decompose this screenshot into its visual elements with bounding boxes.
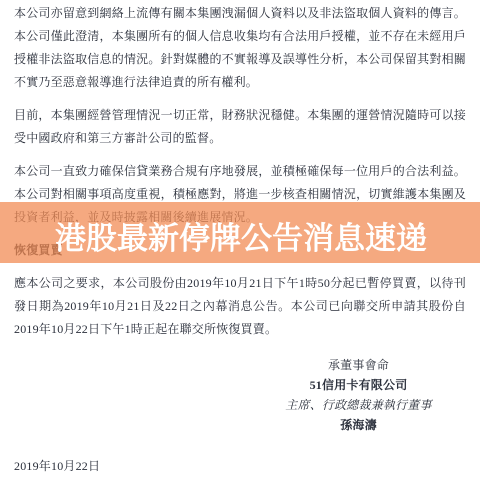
paragraph-rumor-clarification: 本公司亦留意到網絡上流傳有關本集團洩漏個人資料以及非法盜取個人資料的傳言。本公司… [14, 2, 466, 94]
signatory-title: 主席、行政總裁兼執行董事 [251, 395, 466, 415]
by-order-of-board-text: 承董事會命 [251, 355, 466, 375]
paragraph-suspension-details: 應本公司之要求，本公司股份由2019年10月21日下午1時50分起已暫停買賣，以… [14, 272, 466, 341]
paragraph-operations-status: 目前，本集團經營管理情況一切正常，財務狀況穩健。本集團的運營情況隨時可以接受中國… [14, 104, 466, 150]
overlay-banner: 港股最新停牌公告消息速递 [0, 202, 480, 263]
overlay-banner-text: 港股最新停牌公告消息速递 [55, 223, 427, 254]
signatory-name: 孫海濤 [251, 415, 466, 435]
company-name: 51信用卡有限公司 [251, 375, 466, 395]
announcement-document: 本公司亦留意到網絡上流傳有關本集團洩漏個人資料以及非法盜取個人資料的傳言。本公司… [0, 0, 480, 480]
signature-block: 承董事會命 51信用卡有限公司 主席、行政總裁兼執行董事 孫海濤 [251, 355, 466, 435]
announcement-date: 2019年10月22日 [14, 455, 100, 478]
